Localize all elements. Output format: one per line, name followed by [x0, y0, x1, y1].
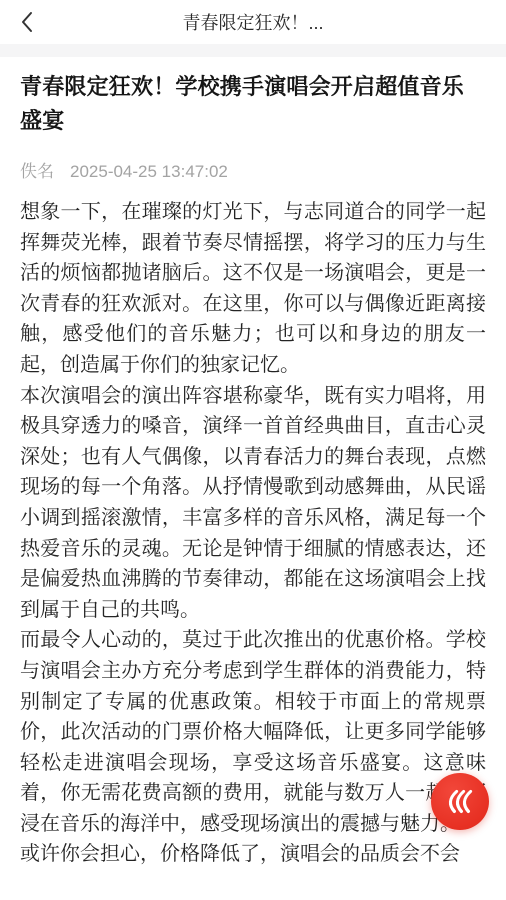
article-content: 青春限定狂欢！学校携手演唱会开启超值音乐盛宴 佚名 2025-04-25 13:…	[0, 70, 506, 870]
header-divider	[0, 44, 506, 57]
triple-chevron-left-icon	[446, 789, 474, 814]
article-body: 想象一下，在璀璨的灯光下，与志同道合的同学一起挥舞荧光棒，跟着节奏尽情摇摆，将学…	[20, 197, 486, 870]
article-title: 青春限定狂欢！学校携手演唱会开启超值音乐盛宴	[20, 70, 486, 138]
publish-date: 2025-04-25 13:47:02	[70, 162, 228, 182]
article-page: 青春限定狂欢！... 青春限定狂欢！学校携手演唱会开启超值音乐盛宴 佚名 202…	[0, 0, 506, 900]
article-paragraph: 或许你会担心，价格降低了，演唱会的品质会不会	[20, 839, 486, 870]
author-label: 佚名	[20, 157, 54, 182]
article-paragraph: 本次演唱会的演出阵容堪称豪华，既有实力唱将，用极具穿透力的嗓音，演绎一首首经典曲…	[20, 381, 486, 626]
navbar-title: 青春限定狂欢！...	[182, 9, 323, 35]
article-paragraph: 而最令人心动的，莫过于此次推出的优惠价格。学校与演唱会主办方充分考虑到学生群体的…	[20, 625, 486, 839]
article-paragraph: 想象一下，在璀璨的灯光下，与志同道合的同学一起挥舞荧光棒，跟着节奏尽情摇摆，将学…	[20, 197, 486, 381]
floating-widget-button[interactable]	[431, 773, 489, 830]
chevron-left-icon	[16, 9, 38, 35]
article-meta: 佚名 2025-04-25 13:47:02	[20, 157, 486, 182]
back-button[interactable]	[12, 7, 42, 37]
navbar: 青春限定狂欢！...	[0, 0, 506, 44]
